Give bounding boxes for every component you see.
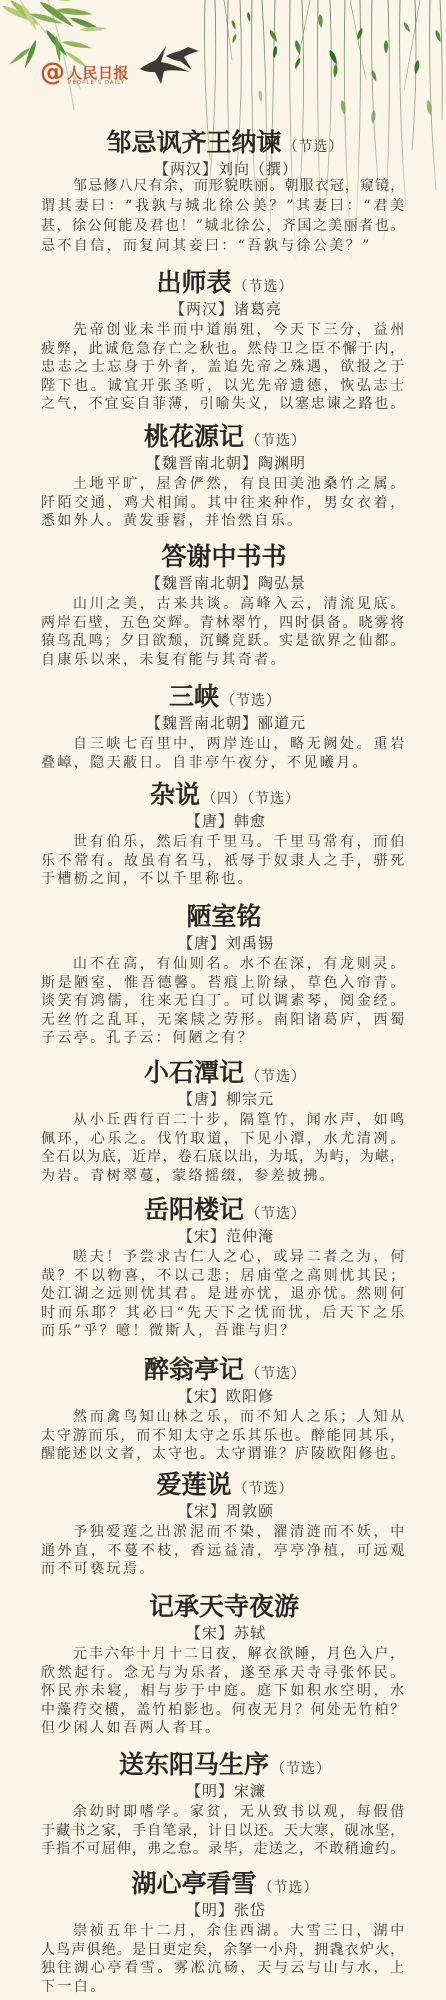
author-line: 【明】宋濂 — [0, 1782, 446, 1800]
passage-body: 余幼时即嗜学。家贫，无从致书以观，每假借 于藏书之家，手自笔录，计日以还。天大寒… — [41, 1803, 405, 1859]
passage-body: 先帝创业未半而中道崩殂，今天下三分，益州 疲弊，此诚危急存亡之秋也。然侍卫之臣不… — [41, 321, 405, 414]
text-line: 处江湖之远则忧其君。是进亦忧，退亦忧。然则何 — [41, 1285, 405, 1304]
text-line: 手指不可屈伸，弗之怠。录毕，走送之，不敢稍逾约。 — [41, 1840, 405, 1859]
text-line: 时而乐耶？其必曰“先天下之忧而忧，后天下之乐 — [41, 1304, 405, 1323]
section-title: 岳阳楼记（节选） — [0, 1196, 446, 1224]
passage-body: 然而禽鸟知山林之乐，而不知人之乐；人知从 太守游而乐，而不知太守之乐其乐也。醉能… — [41, 1408, 405, 1464]
passage-body: 山不在高，有仙则名。水不在深，有龙则灵。 斯是陋室，惟吾德馨。苔痕上阶绿，草色入… — [41, 955, 405, 1048]
title-text: 陋室铭 — [186, 902, 261, 931]
text-line: 全石以为底，近岸，卷石底以出，为坻，为屿，为嵁， — [41, 1148, 405, 1167]
text-line: 崇祯五年十二月，余住西湖。大雪三日，湖中 — [41, 1922, 405, 1941]
text-line: 甚，徐公何能及君也！”城北徐公，齐国之美丽者也。 — [41, 216, 405, 236]
passage-body: 山川之美，古来共谈。高峰入云，清流见底。 两岸石壁，五色交辉。青林翠竹，四时俱备… — [41, 595, 405, 669]
title-text: 出师表 — [156, 268, 231, 297]
section-title: 三峡（节选） — [0, 683, 446, 711]
text-line: 世有伯乐，然后有千里马。千里马常有，而伯 — [41, 833, 405, 852]
section-title: 出师表（节选） — [0, 269, 446, 297]
section-title: 小石潭记（节选） — [0, 1059, 446, 1087]
author-line: 【唐】柳宗元 — [0, 1090, 446, 1108]
author-line: 【唐】韩愈 — [0, 812, 446, 830]
passage-body: 土地平旷，屋舍俨然，有良田美池桑竹之属。 阡陌交通，鸡犬相闻。其中往来种作，男女… — [41, 475, 405, 531]
title-text: 三峡 — [169, 682, 219, 711]
text-line: 谓其妻曰：“我孰与城北徐公美？”其妻曰：“君美 — [41, 196, 405, 216]
section-title: 杂说（四）（节选） — [0, 781, 446, 809]
section-title: 记承天寺夜游 — [0, 1593, 446, 1621]
text-line: 山川之美，古来共谈。高峰入云，清流见底。 — [41, 595, 405, 614]
title-text: 邹忌讽齐王纳谏 — [106, 128, 281, 157]
excerpt-note: （节选） — [234, 1481, 294, 1497]
excerpt-note: （节选） — [271, 1761, 331, 1777]
text-line: 元丰六年十月十二日夜，解衣欲睡，月色入户， — [41, 1645, 405, 1664]
text-line: 忠志之士忘身于外者，盖追先帝之殊遇，欲报之于 — [41, 358, 405, 377]
passage-body: 嗟夫！予尝求古仁人之心，或异二者之为，何 哉？不以物喜，不以己悲；居庙堂之高则忧… — [41, 1248, 405, 1341]
passage-body: 从小丘西行百二十步，隔篁竹，闻水声，如鸣 佩环，心乐之。伐竹取道，下见小潭，水尤… — [41, 1111, 405, 1185]
section-chushibiao: 出师表（节选） 【两汉】诸葛亮 先帝创业未半而中道崩殂，今天下三分，益州 疲弊，… — [0, 269, 446, 414]
section-zouji: 邹忌讽齐王纳谏（节选） 【两汉】刘向（撰） 邹忌修八尺有余，而形貌昳丽。朝服衣冠… — [0, 129, 446, 256]
title-text: 记承天寺夜游 — [149, 1592, 299, 1621]
text-line: 于槽枥之间，不以千里称也。 — [41, 870, 405, 889]
author-line: 【宋】苏轼 — [0, 1624, 446, 1642]
passage-body: 元丰六年十月十二日夜，解衣欲睡，月色入户， 欣然起行。念无与为乐者，遂至承天寺寻… — [41, 1645, 405, 1738]
section-yueyanglouji: 岳阳楼记（节选） 【宋】范仲淹 嗟夫！予尝求古仁人之心，或异二者之为，何 哉？不… — [0, 1196, 446, 1341]
excerpt-note: （节选） — [234, 279, 294, 295]
text-line: 叠嶂，隐天蔽日。自非亭午夜分，不见曦月。 — [41, 754, 405, 773]
text-line: 疲弊，此诚危急存亡之秋也。然侍卫之臣不懈于内， — [41, 340, 405, 359]
section-title: 爱莲说（节选） — [0, 1471, 446, 1499]
text-line: 从小丘西行百二十步，隔篁竹，闻水声，如鸣 — [41, 1111, 405, 1130]
title-text: 送东阳马生序 — [119, 1750, 269, 1779]
text-line: 人鸟声俱绝。是日更定矣，余拏一小舟，拥毳衣炉火， — [41, 1941, 405, 1960]
text-line: 山不在高，有仙则名。水不在深，有龙则灵。 — [41, 955, 405, 974]
author-line: 【宋】范仲淹 — [0, 1227, 446, 1245]
text-line: 无丝竹之乱耳，无案牍之劳形。南阳诸葛庐，西蜀 — [41, 1011, 405, 1030]
text-line: 子云亭。孔子云：何陋之有？ — [41, 1029, 405, 1048]
excerpt-note: （节选） — [259, 1880, 319, 1896]
text-line: 悉如外人。黄发垂髫，并怡然自乐。 — [41, 512, 405, 531]
text-line: 然而禽鸟知山林之乐，而不知人之乐；人知从 — [41, 1408, 405, 1427]
section-title: 邹忌讽齐王纳谏（节选） — [0, 129, 446, 157]
title-text: 爱莲说 — [156, 1470, 231, 1499]
text-line: 而不可亵玩焉。 — [41, 1560, 405, 1579]
willow-leaves-icon — [231, 12, 443, 124]
logo-name: 人民日报 — [67, 65, 129, 81]
section-zuiwengtingji: 醉翁亭记（节选） 【宋】欧阳修 然而禽鸟知山林之乐，而不知人之乐；人知从 太守游… — [0, 1356, 446, 1464]
section-loushiming: 陋室铭 【唐】刘禹锡 山不在高，有仙则名。水不在深，有龙则灵。 斯是陋室，惟吾德… — [0, 903, 446, 1048]
logo-subtitle: PEOPLE'S DAILY — [68, 80, 125, 87]
text-line: 陛下也。诚宜开张圣听，以光先帝遗德，恢弘志士 — [41, 377, 405, 396]
title-text: 小石潭记 — [144, 1058, 244, 1087]
excerpt-note: （节选） — [221, 693, 281, 709]
author-line: 【唐】刘禹锡 — [0, 934, 446, 952]
title-text: 岳阳楼记 — [144, 1195, 244, 1224]
text-line: 而乐”乎？噫！微斯人，吾谁与归？ — [41, 1322, 405, 1341]
title-text: 杂说 — [150, 780, 200, 809]
swallows-icon — [140, 46, 199, 84]
title-text: 湖心亭看雪 — [131, 1869, 256, 1898]
excerpt-note: （节选） — [246, 1366, 306, 1382]
text-line: 下一白。 — [41, 1978, 405, 1997]
text-line: 通外直，不蔓不枝，香远益清，亭亭净植，可远观 — [41, 1542, 405, 1561]
author-line: 【宋】欧阳修 — [0, 1387, 446, 1405]
text-line: 自康乐以来，未复有能与其奇者。 — [41, 651, 405, 670]
text-line: 醒能述以文者，太守也。太守谓谁？庐陵欧阳修也。 — [41, 1445, 405, 1464]
passage-body: 崇祯五年十二月，余住西湖。大雪三日，湖中 人鸟声俱绝。是日更定矣，余拏一小舟，拥… — [41, 1922, 405, 1996]
section-zashuo: 杂说（四）（节选） 【唐】韩愈 世有伯乐，然后有千里马。千里马常有，而伯 乐不常… — [0, 781, 446, 889]
passage-body: 邹忌修八尺有余，而形貌昳丽。朝服衣冠，窥镜， 谓其妻曰：“我孰与城北徐公美？”其… — [41, 176, 405, 256]
text-line: 忌不自信，而复问其妾曰：“吾孰与徐公美？” — [41, 236, 405, 256]
text-line: 中藻荇交横，盖竹柏影也。何夜无月？何处无竹柏？ — [41, 1701, 405, 1720]
author-line: 【魏晋南北朝】陶渊明 — [0, 454, 446, 472]
excerpt-note: （节选） — [246, 1206, 306, 1222]
text-line: 两岸石壁，五色交辉。青林翠竹，四时俱备。晓雾将歇， — [41, 614, 405, 633]
section-title: 桃花源记（节选） — [0, 423, 446, 451]
title-text: 答谢中书书 — [161, 542, 286, 571]
text-line: 但少闲人如吾两人者耳。 — [41, 1719, 405, 1738]
section-ailianshuo: 爱莲说（节选） 【宋】周敦颐 予独爱莲之出淤泥而不染，濯清涟而不妖，中 通外直，… — [0, 1471, 446, 1579]
author-line: 【魏晋南北朝】郦道元 — [0, 714, 446, 732]
author-line: 【魏晋南北朝】陶弘景 — [0, 574, 446, 592]
author-line: 【两汉】诸葛亮 — [0, 300, 446, 318]
text-line: 予独爱莲之出淤泥而不染，濯清涟而不妖，中 — [41, 1523, 405, 1542]
text-line: 谈笑有鸿儒，往来无白丁。可以调素琴，阅金经。 — [41, 992, 405, 1011]
text-line: 自三峡七百里中，两岸连山，略无阙处。重岩 — [41, 735, 405, 754]
passage-body: 自三峡七百里中，两岸连山，略无阙处。重岩 叠嶂，隐天蔽日。自非亭午夜分，不见曦月… — [41, 735, 405, 772]
author-line: 【明】张岱 — [0, 1901, 446, 1919]
text-line: 先帝创业未半而中道崩殂，今天下三分，益州 — [41, 321, 405, 340]
section-title: 陋室铭 — [0, 903, 446, 931]
text-line: 怀民亦未寝，相与步于中庭。庭下如积水空明，水 — [41, 1682, 405, 1701]
passage-body: 世有伯乐，然后有千里马。千里马常有，而伯 乐不常有。故虽有名马，祇辱于奴隶人之手… — [41, 833, 405, 889]
section-daxiezhongshushu: 答谢中书书 【魏晋南北朝】陶弘景 山川之美，古来共谈。高峰入云，清流见底。 两岸… — [0, 543, 446, 669]
text-line: 于藏书之家，手自笔录，计日以还。天大寒，砚冰坚， — [41, 1822, 405, 1841]
section-sanxia: 三峡（节选） 【魏晋南北朝】郦道元 自三峡七百里中，两岸连山，略无阙处。重岩 叠… — [0, 683, 446, 772]
excerpt-note: （节选） — [246, 433, 306, 449]
at-icon: @ — [40, 58, 65, 86]
text-line: 独往湖心亭看雪。雾凇沆砀，天与云与山与水，上 — [41, 1959, 405, 1978]
section-title: 答谢中书书 — [0, 543, 446, 571]
text-line: 佩环，心乐之。伐竹取道，下见小潭，水尤清冽。 — [41, 1130, 405, 1149]
section-taohuayuanji: 桃花源记（节选） 【魏晋南北朝】陶渊明 土地平旷，屋舍俨然，有良田美池桑竹之属。… — [0, 423, 446, 531]
section-title: 醉翁亭记（节选） — [0, 1356, 446, 1384]
text-line: 嗟夫！予尝求古仁人之心，或异二者之为，何 — [41, 1248, 405, 1267]
text-line: 乐不常有。故虽有名马，祇辱于奴隶人之手，骈死 — [41, 852, 405, 871]
text-line: 余幼时即嗜学。家贫，无从致书以观，每假借 — [41, 1803, 405, 1822]
text-line: 之气，不宜妄自菲薄，引喻失义，以塞忠谏之路也。 — [41, 395, 405, 414]
text-line: 土地平旷，屋舍俨然，有良田美池桑竹之属。 — [41, 475, 405, 494]
text-line: 欣然起行。念无与为乐者，遂至承天寺寻张怀民。 — [41, 1664, 405, 1683]
passage-body: 予独爱莲之出淤泥而不染，濯清涟而不妖，中 通外直，不蔓不枝，香远益清，亭亭净植，… — [41, 1523, 405, 1579]
text-line: 猿鸟乱鸣；夕日欲颓，沉鳞竞跃。实是欲界之仙都。 — [41, 632, 405, 651]
text-line: 阡陌交通，鸡犬相闻。其中往来种作，男女衣着， — [41, 494, 405, 513]
excerpt-note: （节选） — [246, 1069, 306, 1085]
title-text: 桃花源记 — [144, 422, 244, 451]
section-title: 湖心亭看雪（节选） — [0, 1870, 446, 1898]
author-line: 【宋】周敦颐 — [0, 1502, 446, 1520]
text-line: 为岩。青树翠蔓，蒙络摇缀，参差披拂。 — [41, 1167, 405, 1186]
bamboo-leaves-icon — [1, 0, 107, 110]
section-huxintingkanxue: 湖心亭看雪（节选） 【明】张岱 崇祯五年十二月，余住西湖。大雪三日，湖中 人鸟声… — [0, 1870, 446, 1996]
section-jichengtiansiyeyou: 记承天寺夜游 【宋】苏轼 元丰六年十月十二日夜，解衣欲睡，月色入户， 欣然起行。… — [0, 1593, 446, 1738]
text-line: 邹忌修八尺有余，而形貌昳丽。朝服衣冠，窥镜， — [41, 176, 405, 196]
text-line: 哉？不以物喜，不以己悲；居庙堂之高则忧其民； — [41, 1267, 405, 1286]
text-line: 太守游而乐，而不知太守之乐其乐也。醉能同其乐， — [41, 1427, 405, 1446]
text-line: 斯是陋室，惟吾德馨。苔痕上阶绿，草色入帘青。 — [41, 974, 405, 993]
excerpt-note: （四）（节选） — [202, 791, 300, 807]
section-xiaoshitanji: 小石潭记（节选） 【唐】柳宗元 从小丘西行百二十步，隔篁竹，闻水声，如鸣 佩环，… — [0, 1059, 446, 1185]
peoples-daily-logo: @ 人民日报 PEOPLE'S DAILY — [40, 58, 140, 90]
excerpt-note: （节选） — [284, 139, 344, 155]
section-title: 送东阳马生序（节选） — [0, 1751, 446, 1779]
title-text: 醉翁亭记 — [144, 1355, 244, 1384]
section-songdongyangmashengxu: 送东阳马生序（节选） 【明】宋濂 余幼时即嗜学。家贫，无从致书以观，每假借 于藏… — [0, 1751, 446, 1859]
